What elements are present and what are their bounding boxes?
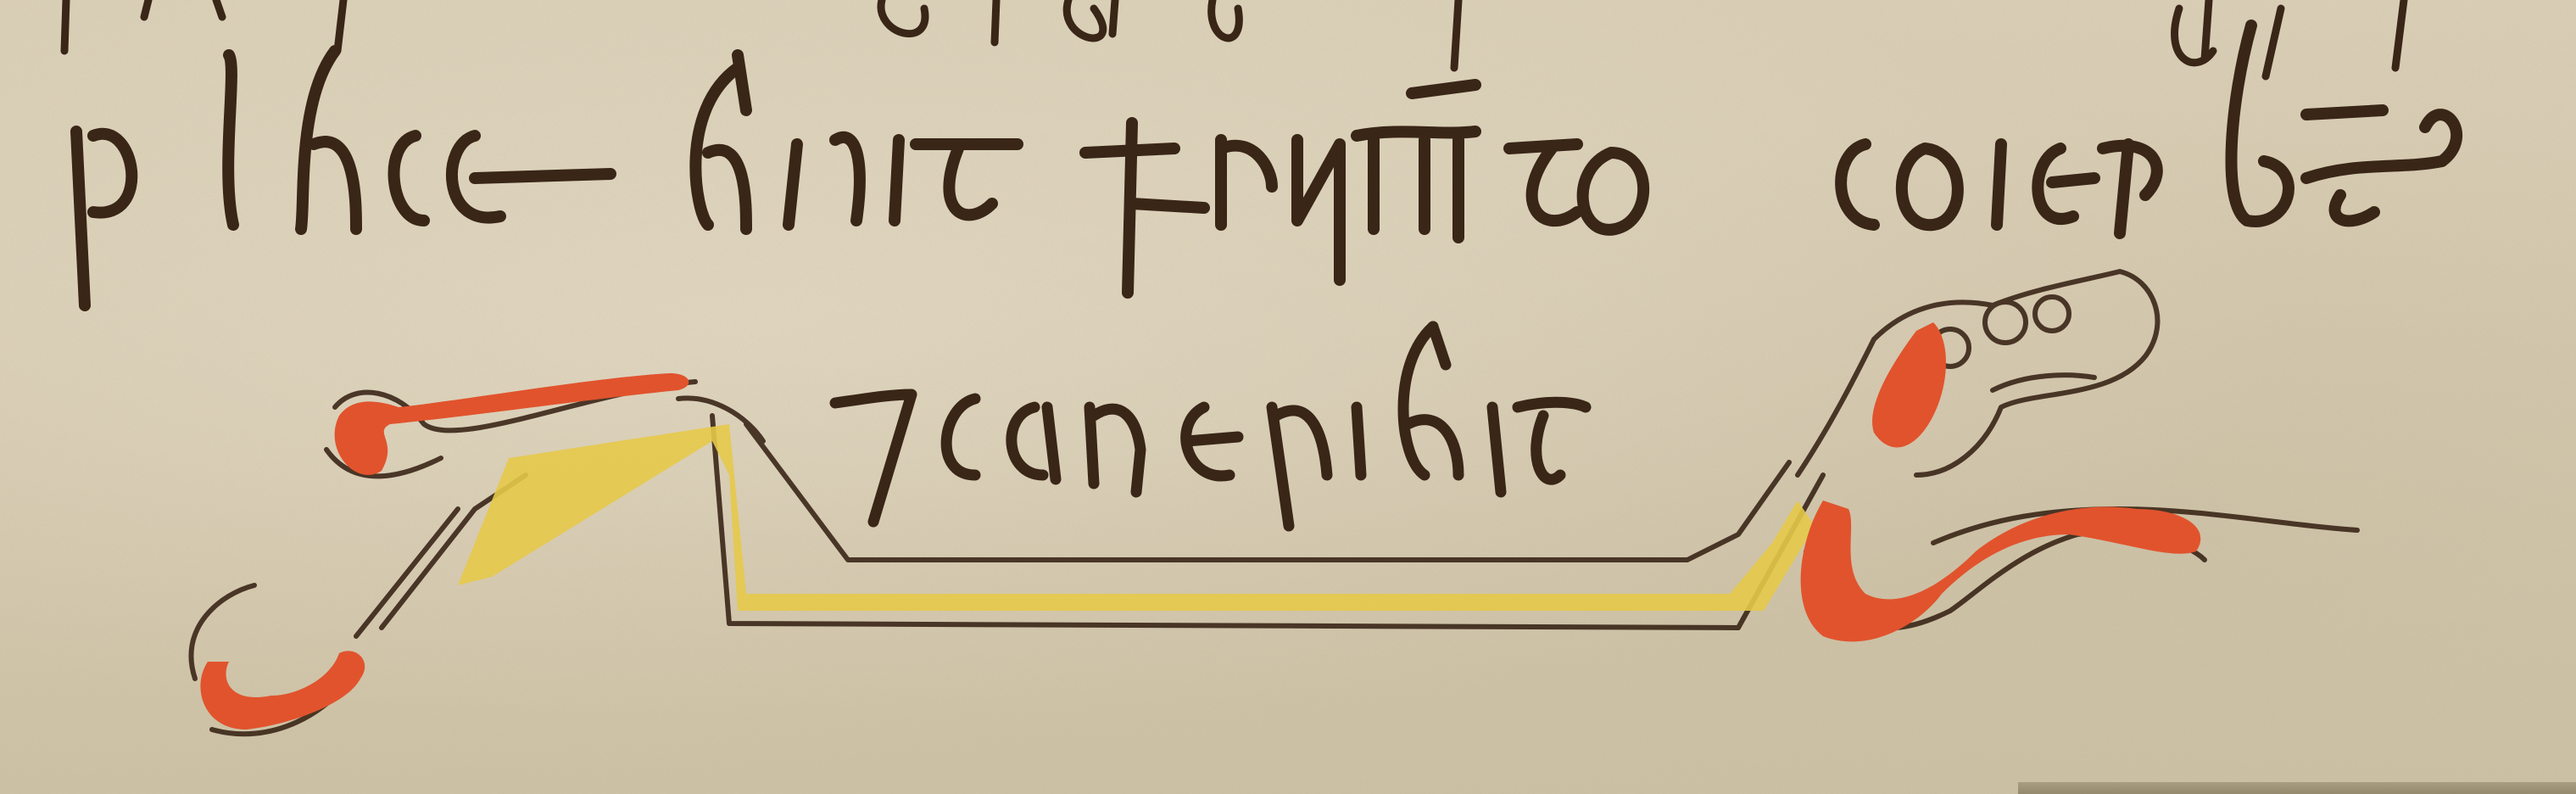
page-edge [2018,782,2576,794]
manuscript-artwork [0,0,2576,794]
red-lower-scroll [200,651,365,730]
red-head-patch [1872,322,1946,447]
beast-fills [200,322,2200,730]
line-1-glyphs [76,25,2456,305]
top-line-descenders [64,0,2404,76]
line-2-glyphs [835,327,1586,526]
manuscript-page: plbce hinnt fruimto coiegbr 7 canenbit [0,0,2576,794]
